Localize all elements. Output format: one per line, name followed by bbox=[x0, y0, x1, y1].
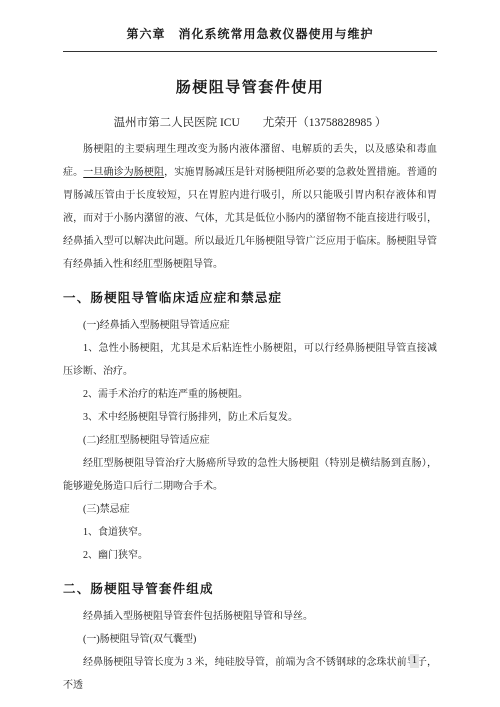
subsection-heading: (一)肠梗阻导管(双气囊型) bbox=[63, 628, 437, 651]
paragraph: 经鼻肠梗阻导管长度为 3 米，纯硅胶导管，前端为含不锈钢球的念珠状前导子，不透 bbox=[63, 651, 437, 697]
list-item: 1、急性小肠梗阻，尤其是术后粘连性小肠梗阻，可以行经鼻肠梗阻导管直接减压诊断、治… bbox=[63, 337, 437, 383]
subsection-heading: (三)禁忌症 bbox=[63, 498, 437, 521]
intro-paragraph: 肠梗阻的主要病理生理改变为肠内液体潴留、电解质的丢失，以及感染和毒血症。一旦确诊… bbox=[63, 138, 437, 276]
document-body: 肠梗阻的主要病理生理改变为肠内液体潴留、电解质的丢失，以及感染和毒血症。一旦确诊… bbox=[63, 138, 437, 697]
subsection-heading: (一)经鼻插入型肠梗阻导管适应症 bbox=[63, 314, 437, 337]
document-page: 第六章 消化系统常用急救仪器使用与维护 肠梗阻导管套件使用 温州市第二人民医院 … bbox=[0, 0, 500, 707]
section2-heading: 二、肠梗阻导管套件组成 bbox=[63, 578, 437, 600]
emphasized-phrase: 一旦确诊为肠梗阻 bbox=[83, 167, 164, 178]
paragraph: 经鼻插入型肠梗阻导管套件包括肠梗阻导管和导丝。 bbox=[63, 605, 437, 628]
paragraph: 经肛型肠梗阻导管治疗大肠癌所导致的急性大肠梗阻（特别是横结肠到直肠），能够避免肠… bbox=[63, 452, 437, 498]
list-item: 2、需手术治疗的粘连严重的肠梗阻。 bbox=[63, 383, 437, 406]
chapter-header: 第六章 消化系统常用急救仪器使用与维护 bbox=[63, 26, 437, 51]
intro-text-part2: ，实施胃肠减压是针对肠梗阻所必要的急救处置措施。普通的胃肠减压管由于长度较短，只… bbox=[63, 167, 437, 270]
page-title: 肠梗阻导管套件使用 bbox=[63, 78, 437, 98]
header-rule bbox=[63, 51, 437, 52]
subsection-heading: (二)经肛型肠梗阻导管适应症 bbox=[63, 429, 437, 452]
list-item: 2、幽门狭窄。 bbox=[63, 544, 437, 567]
page-number: 1 bbox=[410, 654, 419, 668]
section1-heading: 一、肠梗阻导管临床适应症和禁忌症 bbox=[63, 287, 437, 309]
byline: 温州市第二人民医院 ICU 尤荣开（13758828985 ） bbox=[63, 115, 437, 131]
list-item: 3、术中经肠梗阻导管行肠排列，防止术后复发。 bbox=[63, 406, 437, 429]
list-item: 1、食道狭窄。 bbox=[63, 521, 437, 544]
